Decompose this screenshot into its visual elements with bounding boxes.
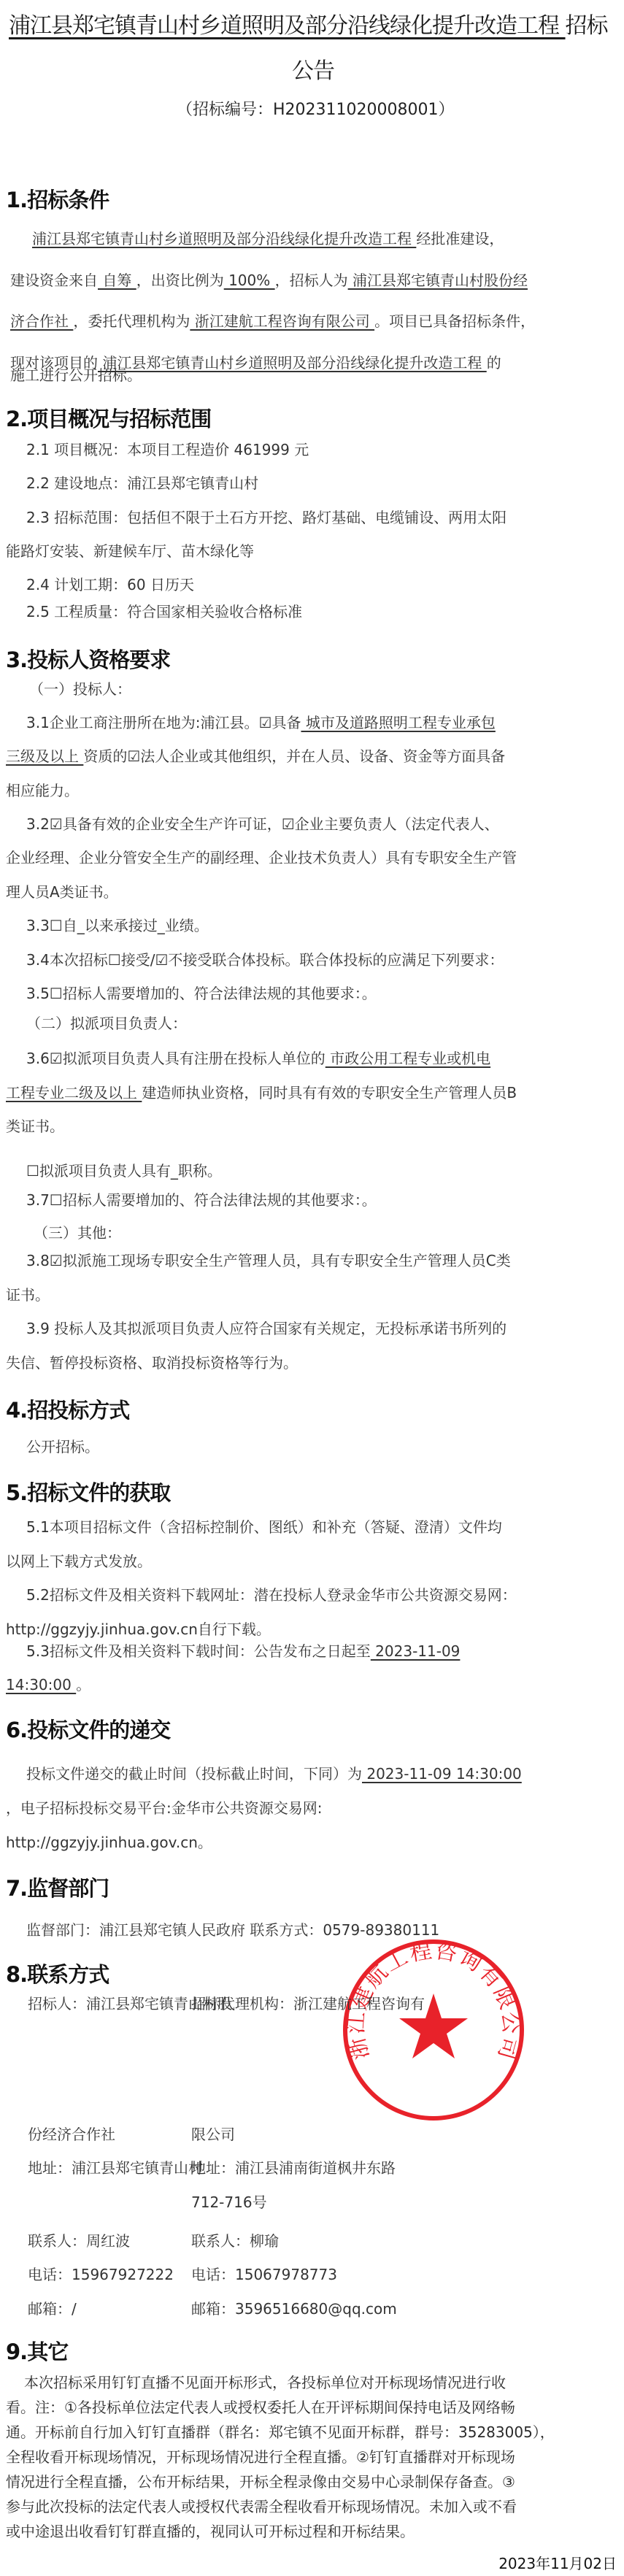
section-heading-8: 8.联系方式 xyxy=(6,1958,109,1988)
s5-r51a: 5.1本项目招标文件（含招标控制价、图纸）和补充（答疑、澄清）文件均 xyxy=(26,1518,502,1536)
s3-r34: 3.4本次招标☐接受/☑不接受联合体投标。联合体投标的应满足下列要求： xyxy=(26,951,504,969)
project-name: 浦江县郑宅镇青山村乡道照明及部分沿线绿化提升改造工程 xyxy=(98,354,487,372)
section-heading-7: 7.监督部门 xyxy=(6,1872,109,1902)
agency-address-1: 地址：浦江县浦南街道枫井东路 xyxy=(191,2159,396,2177)
tenderer-contact: 联系人：周红波 xyxy=(28,2232,130,2250)
tenderer-name-cont: 济合作社 xyxy=(10,312,73,330)
s5-r52a: 5.2招标文件及相关资料下载网址：潜在投标人登录金华市公共资源交易网： xyxy=(26,1586,517,1604)
s3-r35: 3.5☐招标人需要增加的、符合法律法规的其他要求：。 xyxy=(26,985,377,1002)
builder-qualification: 市政公用工程专业或机电 xyxy=(326,1050,490,1067)
text: 3.1企业工商注册所在地为:浦江县。☑具备 xyxy=(26,714,301,731)
s3-r33: 3.3☐自_以来承接过_业绩。 xyxy=(26,917,209,934)
s3-sub-1: （一）投标人： xyxy=(29,680,131,698)
s3-r39a: 3.9 投标人及其拟派项目负责人应符合国家有关规定，无投标承诺书所列的 xyxy=(26,1320,506,1337)
s2-item-3a: 2.3 招标范围：包括但不限于土石方开挖、路灯基础、电缆铺设、两用太阳 xyxy=(26,509,506,526)
s6-r1: 投标文件递交的截止时间（投标截止时间，下同）为 2023-11-09 14:30… xyxy=(26,1765,522,1783)
doc-title-line2: 公告 xyxy=(292,53,334,85)
s9-line-6: 或中途退出收看钉钉群直播的，视同认可开标过程和开标结果。 xyxy=(6,2519,415,2544)
qualification-cont: 三级及以上 xyxy=(6,747,83,765)
s3-r36a: 3.6☑拟派项目负责人具有注册在投标人单位的 市政公用工程专业或机电 xyxy=(26,1050,490,1067)
agency-name: 浙江建航工程咨询有限公司 xyxy=(190,312,374,330)
text: 资质的☑法人企业或其他组织，并在人员、设备、资金等方面具备 xyxy=(83,747,505,765)
text: 投标文件递交的截止时间（投标截止时间，下同）为 xyxy=(26,1765,362,1783)
s9-line-0: 本次招标采用钉钉直播不见面开标形式，各投标单位对开标现场情况进行收 xyxy=(24,2370,506,2395)
section-heading-2: 2.项目概况与招标范围 xyxy=(6,403,211,433)
s3-r32a: 3.2☑具备有效的企业安全生产许可证，☑企业主要负责人（法定代表人、 xyxy=(26,815,499,833)
s3-r32c: 理人员A类证书。 xyxy=(6,883,118,901)
text: 建造师执业资格，同时具有有效的专职安全生产管理人员B xyxy=(142,1084,517,1101)
text: ，招标人为 xyxy=(275,272,348,289)
text: 。项目已具备招标条件， xyxy=(374,312,535,330)
s3-r31b: 三级及以上 资质的☑法人企业或其他组织，并在人员、设备、资金等方面具备 xyxy=(6,747,505,765)
text: 。 xyxy=(76,1676,90,1693)
bid-number: （招标编号：H202311020008001） xyxy=(177,97,455,120)
s7-text: 监督部门：浦江县郑宅镇人民政府 联系方式：0579-89380111 xyxy=(26,1921,439,1939)
s2-item-2: 2.2 建设地点：浦江县郑宅镇青山村 xyxy=(26,474,258,492)
s5-r53a: 5.3招标文件及相关资料下载时间：公告发布之日起至 2023-11-09 xyxy=(26,1642,460,1660)
section-heading-6: 6.投标文件的递交 xyxy=(6,1714,170,1744)
tenderer-phone: 电话：15967927222 xyxy=(28,2266,174,2283)
text: 建设资金来自 xyxy=(10,272,98,289)
s9-line-4: 情况进行全程直播，公布开标结果，开标全程录像由交易中心录制保存备查。③ xyxy=(6,2469,515,2494)
section-heading-5: 5.招标文件的获取 xyxy=(6,1477,170,1507)
s6-r3[interactable]: http://ggzyjy.jinhua.gov.cn。 xyxy=(6,1834,212,1851)
agency-email[interactable]: 邮箱：3596516680@qq.com xyxy=(191,2300,397,2318)
s9-line-5: 参与此次投标的法定代表人或授权代表需全程收看开标现场情况。未加入或不看 xyxy=(6,2494,517,2519)
s1-line5: 施工进行公开招标。 xyxy=(10,366,142,384)
section-heading-4: 4.招投标方式 xyxy=(6,1394,129,1424)
title-tail: 招标 xyxy=(566,13,608,39)
text: 3.6☑拟派项目负责人具有注册在投标人单位的 xyxy=(26,1050,326,1067)
s9-line-2: 通。开标前自行加入钉钉直播群（群名：郑宅镇不见面开标群，群号：35283005）… xyxy=(6,2420,555,2445)
s1-line3: 济合作社 ，委托代理机构为 浙江建航工程咨询有限公司 。项目已具备招标条件， xyxy=(10,312,535,330)
s2-item-1: 2.1 项目概况：本项目工程造价 461999 元 xyxy=(26,441,309,458)
builder-qualification-cont: 工程专业二级及以上 xyxy=(6,1084,142,1101)
text: ，出资比例为 xyxy=(136,272,224,289)
s6-r2: ，电子招标投标交易平台:金华市公共资源交易网: xyxy=(6,1799,322,1817)
s3-r32b: 企业经理、企业分管安全生产的副经理、企业技术负责人）具有专职安全生产管 xyxy=(6,849,517,866)
s3-r36d: ☐拟派项目负责人具有_职称。 xyxy=(26,1162,222,1180)
s3-r38b: 证书。 xyxy=(6,1286,50,1304)
section-heading-9: 9.其它 xyxy=(6,2336,68,2366)
s2-item-4: 2.4 计划工期：60 日历天 xyxy=(26,576,194,593)
s5-r51b: 以网上下载方式发放。 xyxy=(6,1553,152,1570)
s2-item-5: 2.5 工程质量：符合国家相关验收合格标准 xyxy=(26,603,302,620)
s3-sub-2: （二）拟派项目负责人： xyxy=(26,1015,187,1032)
s9-line-1: 看。注：①各投标单位法定代表人或授权委托人在开评标期间保持电话及网络畅 xyxy=(6,2395,515,2420)
company-seal-icon: 浙江建航工程咨询有限公司 xyxy=(342,1938,525,2122)
s3-r37: 3.7☐招标人需要增加的、符合法律法规的其他要求：。 xyxy=(26,1191,377,1209)
s3-sub-3: （三）其他： xyxy=(34,1224,121,1242)
text: 5.3招标文件及相关资料下载时间：公告发布之日起至 xyxy=(26,1642,371,1660)
title-project-name: 浦江县郑宅镇青山村乡道照明及部分沿线绿化提升改造工程 xyxy=(9,13,566,39)
s5-r52b[interactable]: http://ggzyjy.jinhua.gov.cn自行下载。 xyxy=(6,1620,271,1638)
text: 的 xyxy=(487,354,501,372)
doc-title: 浦江县郑宅镇青山村乡道照明及部分沿线绿化提升改造工程 招标 xyxy=(9,7,608,39)
download-deadline-time: 14:30:00 xyxy=(6,1676,76,1693)
qualification: 城市及道路照明工程专业承包 xyxy=(301,714,495,731)
s3-r38a: 3.8☑拟派施工现场专职安全生产管理人员，具有专职安全生产管理人员C类 xyxy=(26,1252,511,1269)
agency-address-2: 712-716号 xyxy=(191,2194,267,2211)
fund-source: 自筹 xyxy=(98,272,136,289)
agency-name-2: 限公司 xyxy=(191,2126,235,2143)
s4-text: 公开招标。 xyxy=(26,1438,99,1456)
s3-r36b: 工程专业二级及以上 建造师执业资格，同时具有有效的专职安全生产管理人员B xyxy=(6,1084,517,1101)
agency-contact: 联系人：柳瑜 xyxy=(191,2232,279,2250)
tenderer-email: 邮箱：/ xyxy=(28,2300,77,2318)
s3-r31a: 3.1企业工商注册所在地为:浦江县。☑具备 城市及道路照明工程专业承包 xyxy=(26,714,496,731)
s1-line1: 浦江县郑宅镇青山村乡道照明及部分沿线绿化提升改造工程 经批准建设， xyxy=(32,230,504,247)
tenderer-name: 浦江县郑宅镇青山村股份经 xyxy=(348,272,528,289)
submission-deadline: 2023-11-09 14:30:00 xyxy=(362,1765,522,1783)
text: 经批准建设， xyxy=(416,230,504,247)
s5-r53b: 14:30:00 。 xyxy=(6,1676,90,1693)
s1-line2: 建设资金来自 自筹 ，出资比例为 100% ，招标人为 浦江县郑宅镇青山村股份经 xyxy=(10,272,528,289)
project-name: 浦江县郑宅镇青山村乡道照明及部分沿线绿化提升改造工程 xyxy=(32,230,416,247)
agency-name-1: 招标代理机构：浙江建航工程咨询有 xyxy=(191,1995,425,2012)
s9-line-3: 全程收看开标现场情况，开标现场情况进行全程直播。②钉钉直播群对开标现场 xyxy=(6,2445,515,2469)
download-deadline-date: 2023-11-09 xyxy=(371,1642,461,1660)
s3-r36c: 类证书。 xyxy=(6,1118,64,1135)
fund-ratio: 100% xyxy=(224,272,275,289)
tenderer-address: 地址：浦江县郑宅镇青山村 xyxy=(28,2159,203,2177)
publish-date: 2023年11月02日 xyxy=(498,2555,617,2572)
tenderer-name-2: 份经济合作社 xyxy=(28,2126,115,2143)
s3-r39b: 失信、暂停投标资格、取消投标资格等行为。 xyxy=(6,1354,298,1372)
section-heading-3: 3.投标人资格要求 xyxy=(6,644,170,674)
s3-r31c: 相应能力。 xyxy=(6,782,79,799)
s2-item-3b: 能路灯安装、新建候车厅、苗木绿化等 xyxy=(6,542,254,560)
agency-phone: 电话：15067978773 xyxy=(191,2266,337,2283)
text: ，委托代理机构为 xyxy=(73,312,190,330)
section-heading-1: 1.招标条件 xyxy=(6,184,109,214)
